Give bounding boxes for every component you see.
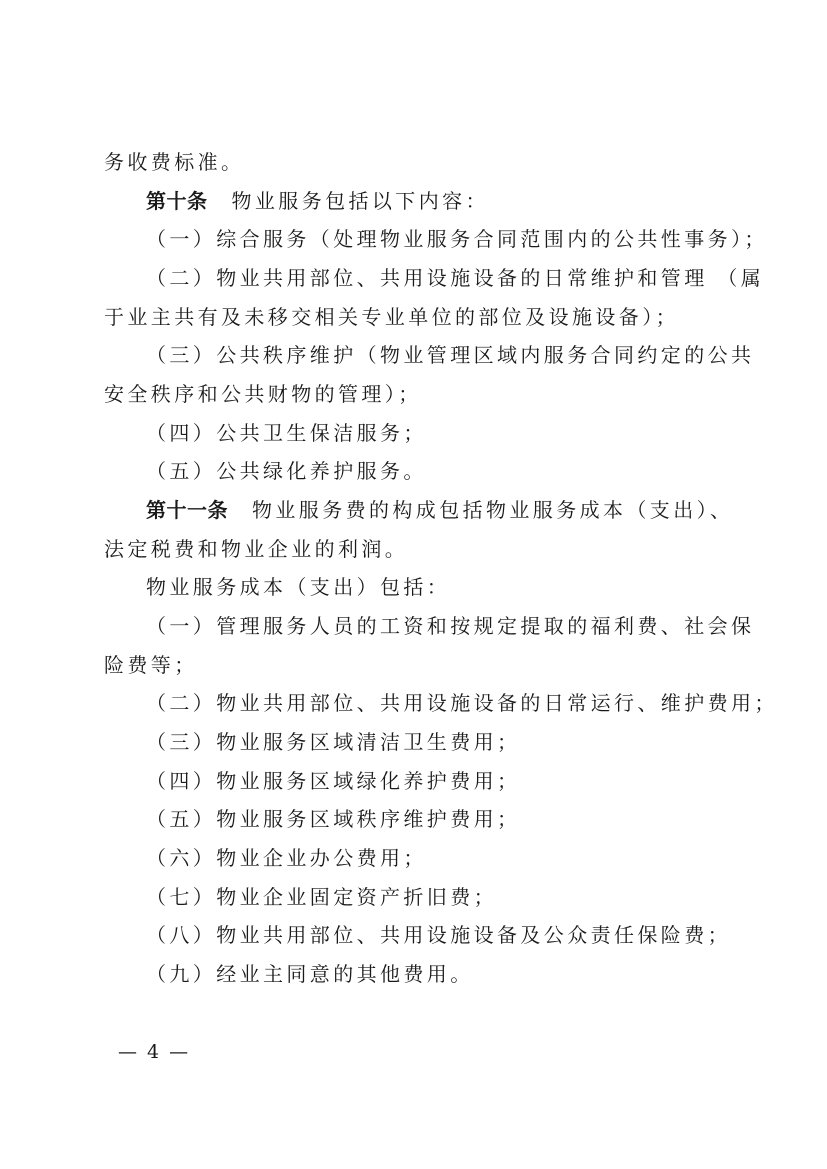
paragraph-line: 物业服务成本（支出）包括：	[146, 572, 450, 602]
list-item: （一）管理服务人员的工资和按规定提取的福利费、社会保	[146, 611, 754, 641]
list-item: （三）物业服务区域清洁卫生费用；	[146, 727, 520, 757]
page-number: — 4 —	[118, 1040, 190, 1064]
list-item: （八）物业共用部位、共用设施设备及公众责任保险费；	[146, 920, 731, 950]
list-item: （二）物业共用部位、共用设施设备的日常运行、维护费用；	[146, 688, 778, 718]
list-item: （五）物业服务区域秩序维护费用；	[146, 804, 520, 834]
paragraph-line: 务收费标准。	[104, 147, 244, 177]
paragraph-continuation: 法定税费和物业企业的利润。	[104, 534, 408, 564]
list-item: （一）综合服务（处理物业服务合同范围内的公共性事务）；	[146, 224, 768, 254]
list-item-continuation: 于业主共有及未移交相关专业单位的部位及设施设备）；	[104, 302, 679, 332]
article-text: 物业服务费的构成包括物业服务成本（支出）、	[252, 498, 733, 522]
list-item: （四）公共卫生保洁服务；	[146, 418, 427, 448]
list-item-continuation: 险费等；	[104, 650, 198, 680]
list-item: （七）物业企业固定资产折旧费；	[146, 882, 497, 912]
article-10-heading-line: 第十条物业服务包括以下内容：	[146, 186, 489, 216]
list-item: （二）物业共用部位、共用设施设备的日常维护和管理 （属	[146, 263, 764, 293]
article-text: 物业服务包括以下内容：	[232, 189, 489, 213]
article-11-heading-line: 第十一条物业服务费的构成包括物业服务成本（支出）、	[146, 495, 733, 525]
list-item: （五）公共绿化养护服务。	[146, 456, 427, 486]
list-item: （四）物业服务区域绿化养护费用；	[146, 766, 520, 796]
list-item: （六）物业企业办公费用；	[146, 843, 427, 873]
list-item: （三）公共秩序维护（物业管理区域内服务合同约定的公共	[146, 340, 754, 370]
article-number: 第十条	[146, 189, 208, 213]
list-item-continuation: 安全秩序和公共财物的管理）；	[104, 379, 422, 409]
article-number: 第十一条	[146, 498, 228, 522]
list-item: （九）经业主同意的其他费用。	[146, 959, 474, 989]
